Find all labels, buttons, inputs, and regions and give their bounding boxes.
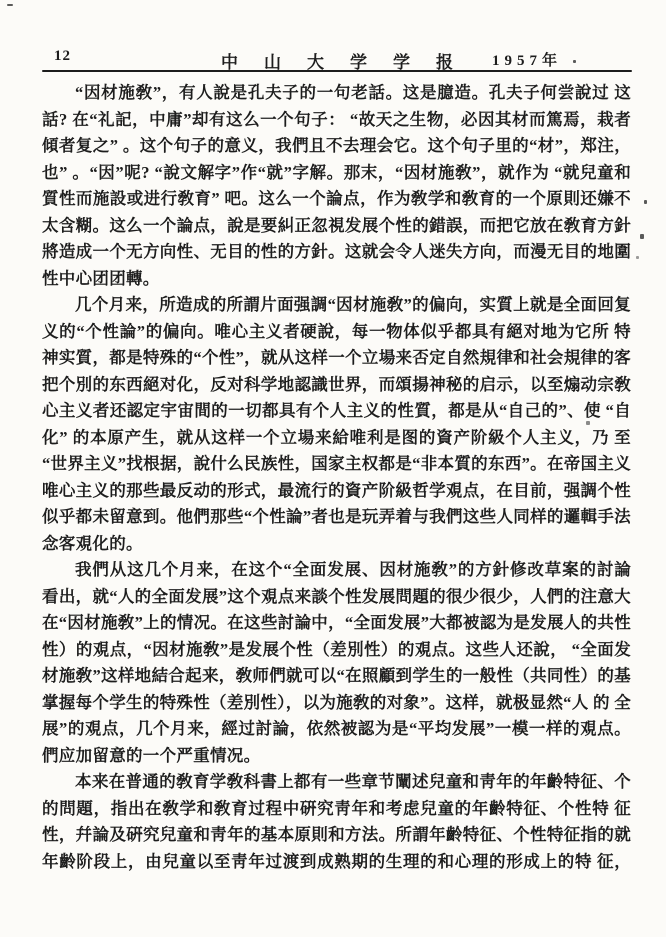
text-line: 神实質，都是特殊的“个性”，就从这样一个立場来否定自然規律和社会規律的客覌性， xyxy=(42,345,631,372)
text-line: 材施敎”这样地結合起来，敎师們就可以“在照顧到学生的一般性（共同性）的基礎上去 xyxy=(42,663,631,690)
text-line: 也” 。“因”呢? “說文解字”作“就”字解。那末，“因材施敎”，就作为 “就兒… xyxy=(42,160,631,187)
text-line: 我們从这几个月来，在这个“全面发展、因材施敎”的方針修改草案的討論上，可以 xyxy=(42,557,631,584)
scan-speck xyxy=(644,200,647,204)
text-line: 話? 在“礼記，中庸”却有这么一个句子： “故天之生物，必因其材而篤焉，栽者培之… xyxy=(42,107,631,134)
scan-speck xyxy=(640,234,644,239)
text-line: “因材施敎”，有人說是孔夫子的一句老話。这是臆造。孔夫子何尝說过 这 么 一 句 xyxy=(42,80,631,107)
text-line: 心主义者还認定宇宙間的一切都具有个人主义的性質，都是从“自己的”、使 “自己个別 xyxy=(42,398,631,425)
paragraph: 几个月来，所造成的所謂片面强調“因材施敎”的偏向，实質上就是全面回复唯心主义的“… xyxy=(42,292,631,557)
text-line: 把个別的东西絕对化，反对科学地認識世界，而頌揚神秘的启示，以至煽动宗敎狂。唯 xyxy=(42,372,631,399)
scan-speck xyxy=(586,421,590,425)
text-line: 性，幷論及硏究兒童和靑年的基本原則和方法。所謂年齡特征、个性特征指的就是各个 xyxy=(42,822,631,849)
text-line: 展”的覌点，几个月来，經过討論，依然被認为是“平均发展”一模一样的覌点。这 是 … xyxy=(42,716,631,743)
page-header: 12 中山大学学报 1957年 xyxy=(42,48,632,70)
header-rule xyxy=(42,70,632,72)
text-line: 似乎都未留意到。他們那些“个性論”者也是玩弄着与我們这些人同样的邏輯手法来把概 xyxy=(42,504,631,531)
text-line: 义的“个性論”的偏向。唯心主义者硬說，每一物体似乎都具有絕对地为它所 特 有 的… xyxy=(42,319,631,346)
text-line: 本来在普通的敎育学敎科書上都有一些章节闡述兒童和靑年的年齡特征、个性特征 xyxy=(42,769,631,796)
issue-year: 1957年 xyxy=(492,49,562,70)
article-body: “因材施敎”，有人說是孔夫子的一句老話。这是臆造。孔夫子何尝說过 这 么 一 句… xyxy=(42,80,631,875)
text-line: 性中心团团轉。 xyxy=(42,266,631,293)
text-line: 的問題，指出在敎学和敎育过程中硏究靑年和考虑兒童的年齡特征、个性特 征 的 必 … xyxy=(42,796,631,823)
scan-speck xyxy=(7,4,13,6)
paragraph: “因材施敎”，有人說是孔夫子的一句老話。这是臆造。孔夫子何尝說过 这 么 一 句… xyxy=(42,80,631,292)
text-line: 几个月来，所造成的所謂片面强調“因材施敎”的偏向，实質上就是全面回复唯心主 xyxy=(42,292,631,319)
scan-speck xyxy=(636,256,639,259)
text-line: 唯心主义的那些最反动的形式，最流行的資产阶級哲学覌点，在目前，强調个性的人們 xyxy=(42,478,631,505)
text-line: 將造成一个无方向性、无目的性的方針。这就会令人迷失方向，而漫无目的地圍繞着个 xyxy=(42,239,631,266)
text-line: “世界主义”找根据，說什么民族性，国家主权都是“非本質的东西”。在帝国主义时代， xyxy=(42,451,631,478)
text-line: 念客覌化的。 xyxy=(42,531,631,558)
text-line: 質性而施設或进行敎育” 吧。这么一个論点，作为敎学和敎育的一个原則还嫌不明确， xyxy=(42,186,631,213)
text-line: 傾者复之” 。这个句子的意义，我們且不去理会它。这个句子里的“材”，郑注， “質… xyxy=(42,133,631,160)
scan-speck xyxy=(573,60,576,63)
text-line: 們应加留意的一个严重情况。 xyxy=(42,743,631,770)
text-line: 在“因材施敎”上的情况。在这些討論中，“全面发展”大都被認为是发展人的共性（共同 xyxy=(42,610,631,637)
text-line: 看出，就“人的全面发展”这个覌点来談个性发展問題的很少很少，人們的注意大都着重 xyxy=(42,584,631,611)
paragraph: 本来在普通的敎育学敎科書上都有一些章节闡述兒童和靑年的年齡特征、个性特征的問題，… xyxy=(42,769,631,875)
scanned-journal-page: 12 中山大学学报 1957年 “因材施敎”，有人說是孔夫子的一句老話。这是臆造… xyxy=(0,0,666,937)
text-line: 化” 的本原产生，就从这样一个立場来給唯利是图的資产阶級个人主义，乃 至 反 动… xyxy=(42,425,631,452)
text-line: 性）的覌点，“因材施敎”是发展个性（差別性）的覌点。这些人还說， “全面发展、因 xyxy=(42,637,631,664)
text-line: 太含糊。这么一个論点，說是要糾正忽視发展个性的錯誤，而把它放在敎育方針上，就 xyxy=(42,213,631,240)
text-line: 掌握每个学生的特殊性（差別性），以为施敎的对象”。这样，就极显然“人 的 全 面… xyxy=(42,690,631,717)
text-line: 年齡阶段上，由兒童以至靑年过渡到成熟期的生理的和心理的形成上的特 征， 換 句 … xyxy=(42,849,631,876)
paragraph: 我們从这几个月来，在这个“全面发展、因材施敎”的方針修改草案的討論上，可以看出，… xyxy=(42,557,631,769)
